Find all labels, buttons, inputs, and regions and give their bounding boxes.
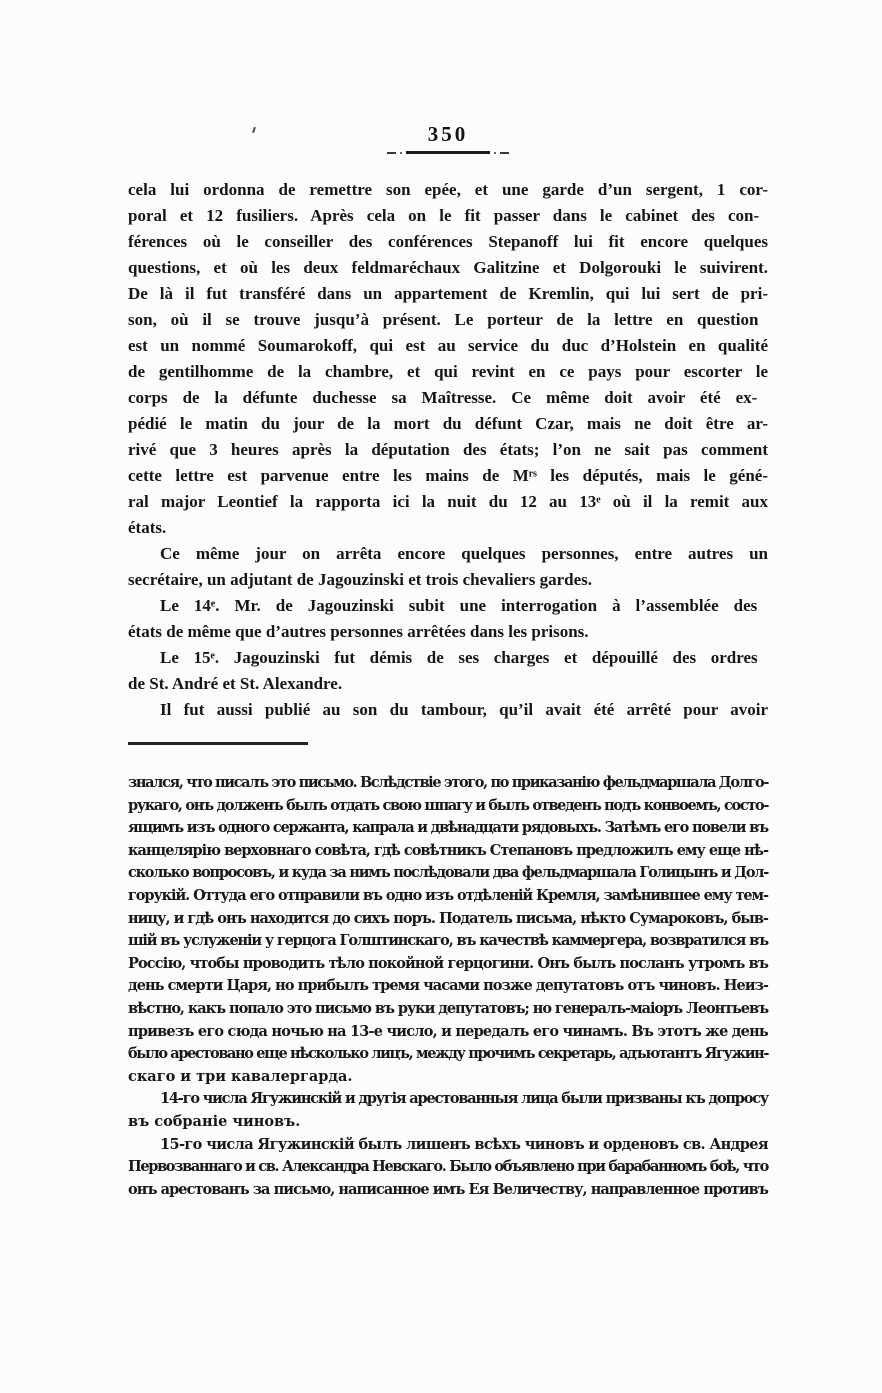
rule-dot bbox=[400, 152, 402, 154]
text-line: скаго и три кавалергарда. bbox=[128, 1066, 768, 1089]
text-line: poral et 12 fusiliers. Après cela on le … bbox=[128, 203, 768, 229]
text-line: de St. André et St. Alexandre. bbox=[128, 671, 768, 697]
text-line: son, où il se trouve jusqu’à présent. Le… bbox=[128, 307, 768, 333]
text-line: шій въ услуженіи у герцога Голштинскаго,… bbox=[128, 930, 768, 953]
text-line: 14-го числа Ягужинскій и другія арестова… bbox=[128, 1088, 768, 1111]
rule-dash bbox=[387, 152, 396, 154]
text-line: états. bbox=[128, 515, 768, 541]
text-line: secrétaire, un adjutant de Jagouzinski e… bbox=[128, 567, 768, 593]
rule-line bbox=[406, 151, 490, 154]
main-text-block: cela lui ordonna de remettre son epée, e… bbox=[128, 177, 768, 723]
text-line: de gentilhomme de la chambre, et qui rev… bbox=[128, 359, 768, 385]
page-number-rule bbox=[386, 151, 510, 154]
text-line: Le 14ᵉ. Mr. de Jagouzinski subit une int… bbox=[128, 593, 768, 619]
text-line: сколько вопросовъ, и куда за нимъ послѣд… bbox=[128, 862, 768, 885]
text-line: est un nommé Soumarokoff, qui est au ser… bbox=[128, 333, 768, 359]
text-line: pédié le matin du jour de la mort du déf… bbox=[128, 411, 768, 437]
text-line: канцелярію верховнаго совѣта, гдѣ совѣтн… bbox=[128, 840, 768, 863]
page-number: 350 bbox=[128, 122, 768, 147]
text-line: привезъ его сюда ночью на 13-е число, и … bbox=[128, 1021, 768, 1044]
text-line: férences où le conseiller des conférence… bbox=[128, 229, 768, 255]
text-line: рукаго, онъ долженъ былъ отдать свою шпа… bbox=[128, 795, 768, 818]
text-line: De là il fut transféré dans un apparteme… bbox=[128, 281, 768, 307]
rule-dash bbox=[500, 152, 509, 154]
footnote-separator bbox=[128, 742, 308, 745]
text-line: вѣстно, какъ попало это письмо въ руки д… bbox=[128, 998, 768, 1021]
text-line: Первозваннаго и св. Александра Невскаго.… bbox=[128, 1156, 768, 1179]
text-line: Россію, чтобы проводить тѣло покойной ге… bbox=[128, 953, 768, 976]
text-line: онъ арестованъ за письмо, написанное имъ… bbox=[128, 1179, 768, 1202]
footnote-block: знался, что писалъ это письмо. Вслѣдстві… bbox=[128, 772, 768, 1201]
text-line: corps de la défunte duchesse sa Maîtress… bbox=[128, 385, 768, 411]
text-line: états de même que d’autres personnes arr… bbox=[128, 619, 768, 645]
text-line: Le 15ᵉ. Jagouzinski fut démis de ses cha… bbox=[128, 645, 768, 671]
rule-dot bbox=[494, 152, 496, 154]
text-line: cela lui ordonna de remettre son epée, e… bbox=[128, 177, 768, 203]
text-line: горукій. Оттуда его отправили въ одно из… bbox=[128, 885, 768, 908]
text-line: 15-го числа Ягужинскій былъ лишенъ всѣхъ… bbox=[128, 1134, 768, 1157]
text-line: Ce même jour on arrêta encore quelques p… bbox=[128, 541, 768, 567]
text-line: ящимъ изъ одного сержанта, капрала и двѣ… bbox=[128, 817, 768, 840]
text-line: знался, что писалъ это письмо. Вслѣдстві… bbox=[128, 772, 768, 795]
text-line: rivé que 3 heures après la députation de… bbox=[128, 437, 768, 463]
text-line: ral major Leontief la rapporta ici la nu… bbox=[128, 489, 768, 515]
text-line: cette lettre est parvenue entre les main… bbox=[128, 463, 768, 489]
text-line: въ собраніе чиновъ. bbox=[128, 1111, 768, 1134]
text-line: день смерти Царя, но прибылъ тремя часам… bbox=[128, 975, 768, 998]
text-line: ницу, и гдѣ онъ находится до сихъ поръ. … bbox=[128, 908, 768, 931]
text-line: было арестовано еще нѣсколько лицъ, межд… bbox=[128, 1043, 768, 1066]
page-header: 350 bbox=[128, 122, 768, 154]
scanned-page: 350 cela lui ordonna de remettre son epé… bbox=[0, 0, 882, 1393]
text-line: questions, et où les deux feldmaréchaux … bbox=[128, 255, 768, 281]
text-line: Il fut aussi publié au son du tambour, q… bbox=[128, 697, 768, 723]
